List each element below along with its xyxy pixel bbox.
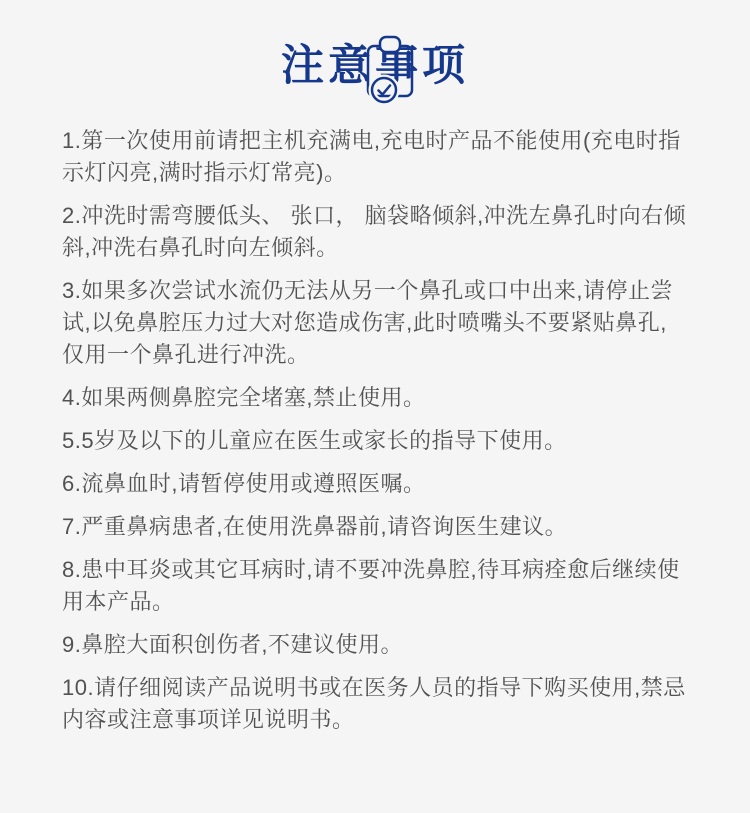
precaution-item-6: 6.流鼻血时,请暂停使用或遵照医嘱。	[62, 468, 688, 500]
precaution-item-8: 8.患中耳炎或其它耳病时,请不要冲洗鼻腔,待耳病痊愈后继续使用本产品。	[62, 554, 688, 618]
precaution-list: 1.第一次使用前请把主机充满电,充电时产品不能使用(充电时指示灯闪亮,满时指示灯…	[62, 125, 688, 736]
precaution-item-1: 1.第一次使用前请把主机充满电,充电时产品不能使用(充电时指示灯闪亮,满时指示灯…	[62, 125, 688, 189]
title-inner: 注意事项	[281, 44, 469, 89]
page-title: 注意事项	[281, 44, 469, 89]
precaution-item-5: 5.5岁及以下的儿童应在医生或家长的指导下使用。	[62, 425, 688, 457]
precaution-item-3: 3.如果多次尝试水流仍无法从另一个鼻孔或口中出来,请停止尝试,以免鼻腔压力过大对…	[62, 275, 688, 371]
precaution-item-7: 7.严重鼻病患者,在使用洗鼻器前,请咨询医生建议。	[62, 511, 688, 543]
precaution-item-10: 10.请仔细阅读产品说明书或在医务人员的指导下购买使用,禁忌内容或注意事项详见说…	[62, 672, 688, 736]
precautions-page: 注意事项 1.第一次使用前请把主机充满电,充电时产品不能使用(充电时指示灯闪亮,…	[0, 0, 750, 813]
precaution-item-9: 9.鼻腔大面积创伤者,不建议使用。	[62, 629, 688, 661]
precaution-item-4: 4.如果两侧鼻腔完全堵塞,禁止使用。	[62, 382, 688, 414]
precaution-item-2: 2.冲洗时需弯腰低头、 张口， 脑袋略倾斜,冲洗左鼻孔时向右倾斜,冲洗右鼻孔时向…	[62, 200, 688, 264]
title-section: 注意事项	[0, 0, 750, 89]
